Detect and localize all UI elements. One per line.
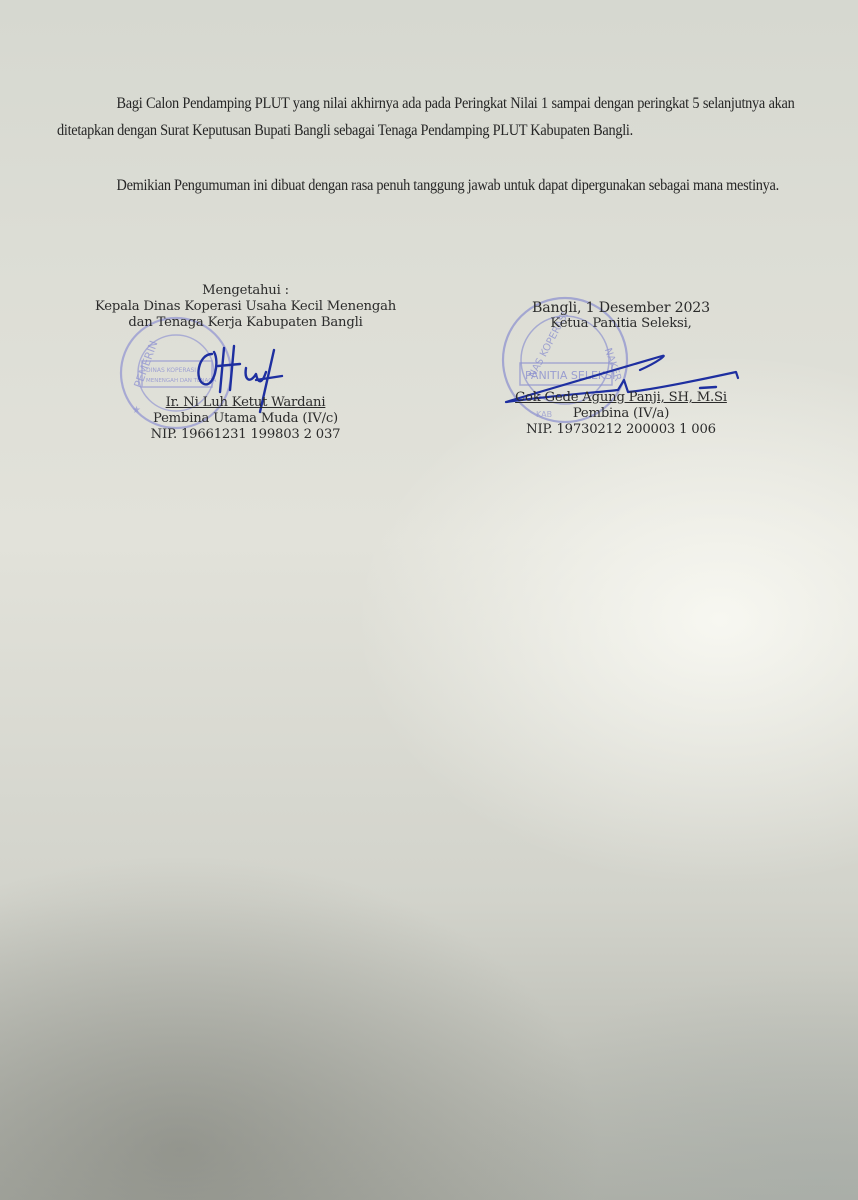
paragraph-ranking-text: Bagi Calon Pendamping PLUT yang nilai ak… (57, 95, 794, 139)
left-position-line2: dan Tenaga Kerja Kabupaten Bangli (88, 315, 403, 331)
paragraph-closing-text: Demikian Pengumuman ini dibuat dengan ra… (117, 177, 779, 194)
paragraph-closing: Demikian Pengumuman ini dibuat dengan ra… (57, 172, 794, 199)
left-position-line1: Kepala Dinas Koperasi Usaha Kecil Meneng… (88, 299, 403, 315)
signatory-left: Mengetahui : Kepala Dinas Koperasi Usaha… (88, 283, 403, 443)
left-signatory-nip: NIP. 19661231 199803 2 037 (88, 427, 403, 443)
left-signatory-rank: Pembina Utama Muda (IV/c) (88, 411, 403, 427)
right-signatory-nip: NIP. 19730212 200003 1 006 (496, 422, 746, 438)
right-signatory-name: Cok Gede Agung Panji, SH, M.Si (496, 390, 746, 406)
left-signatory-name: Ir. Ni Luh Ketut Wardani (88, 395, 403, 411)
right-signatory-role: Ketua Panitia Seleksi, (496, 316, 746, 332)
right-signatory-rank: Pembina (IV/a) (496, 406, 746, 422)
acknowledged-label: Mengetahui : (88, 283, 403, 299)
signatory-right: Bangli, 1 Desember 2023 Ketua Panitia Se… (496, 300, 746, 438)
place-date: Bangli, 1 Desember 2023 (496, 300, 746, 316)
paragraph-ranking: Bagi Calon Pendamping PLUT yang nilai ak… (57, 90, 794, 144)
